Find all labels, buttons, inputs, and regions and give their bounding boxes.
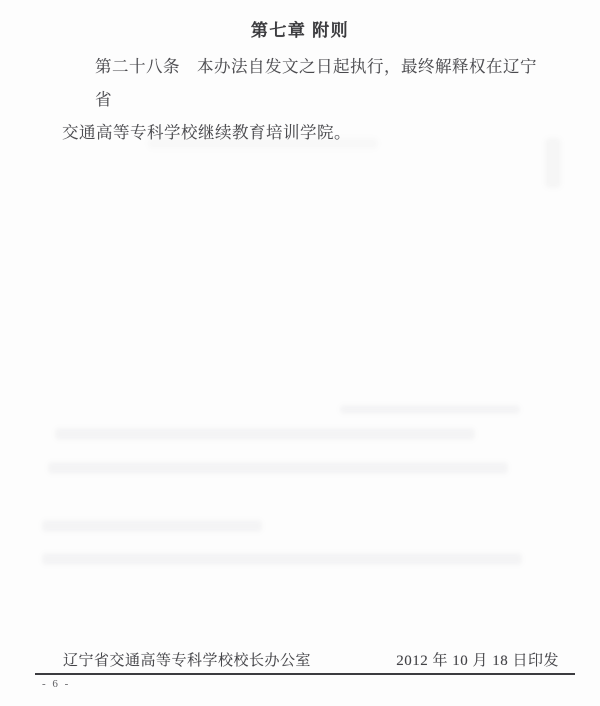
scan-bleedthrough-artifact [545,138,561,188]
print-date-label: 2012 年 10 月 18 日印发 [396,649,559,670]
page-number: - 6 - [42,678,70,690]
document-page: 第七章 附则 第二十八条 本办法自发文之日起执行，最终解释权在辽宁省 交通高等专… [0,0,600,706]
issuing-office-label: 辽宁省交通高等专科学校校长办公室 [63,649,311,670]
scan-bleedthrough-artifact [42,520,262,532]
article-paragraph-line-1: 第二十八条 本办法自发文之日起执行，最终解释权在辽宁省 [62,50,540,116]
scan-bleedthrough-artifact [48,462,508,474]
article-paragraph-line-2: 交通高等专科学校继续教育培训学院。 [62,116,540,149]
article-paragraph: 第二十八条 本办法自发文之日起执行，最终解释权在辽宁省 交通高等专科学校继续教育… [62,50,540,149]
document-footer: 辽宁省交通高等专科学校校长办公室 2012 年 10 月 18 日印发 [35,649,575,675]
chapter-heading: 第七章 附则 [0,16,600,41]
scan-bleedthrough-artifact [340,405,520,414]
scan-bleedthrough-artifact [42,553,522,565]
scan-bleedthrough-artifact [55,428,475,440]
